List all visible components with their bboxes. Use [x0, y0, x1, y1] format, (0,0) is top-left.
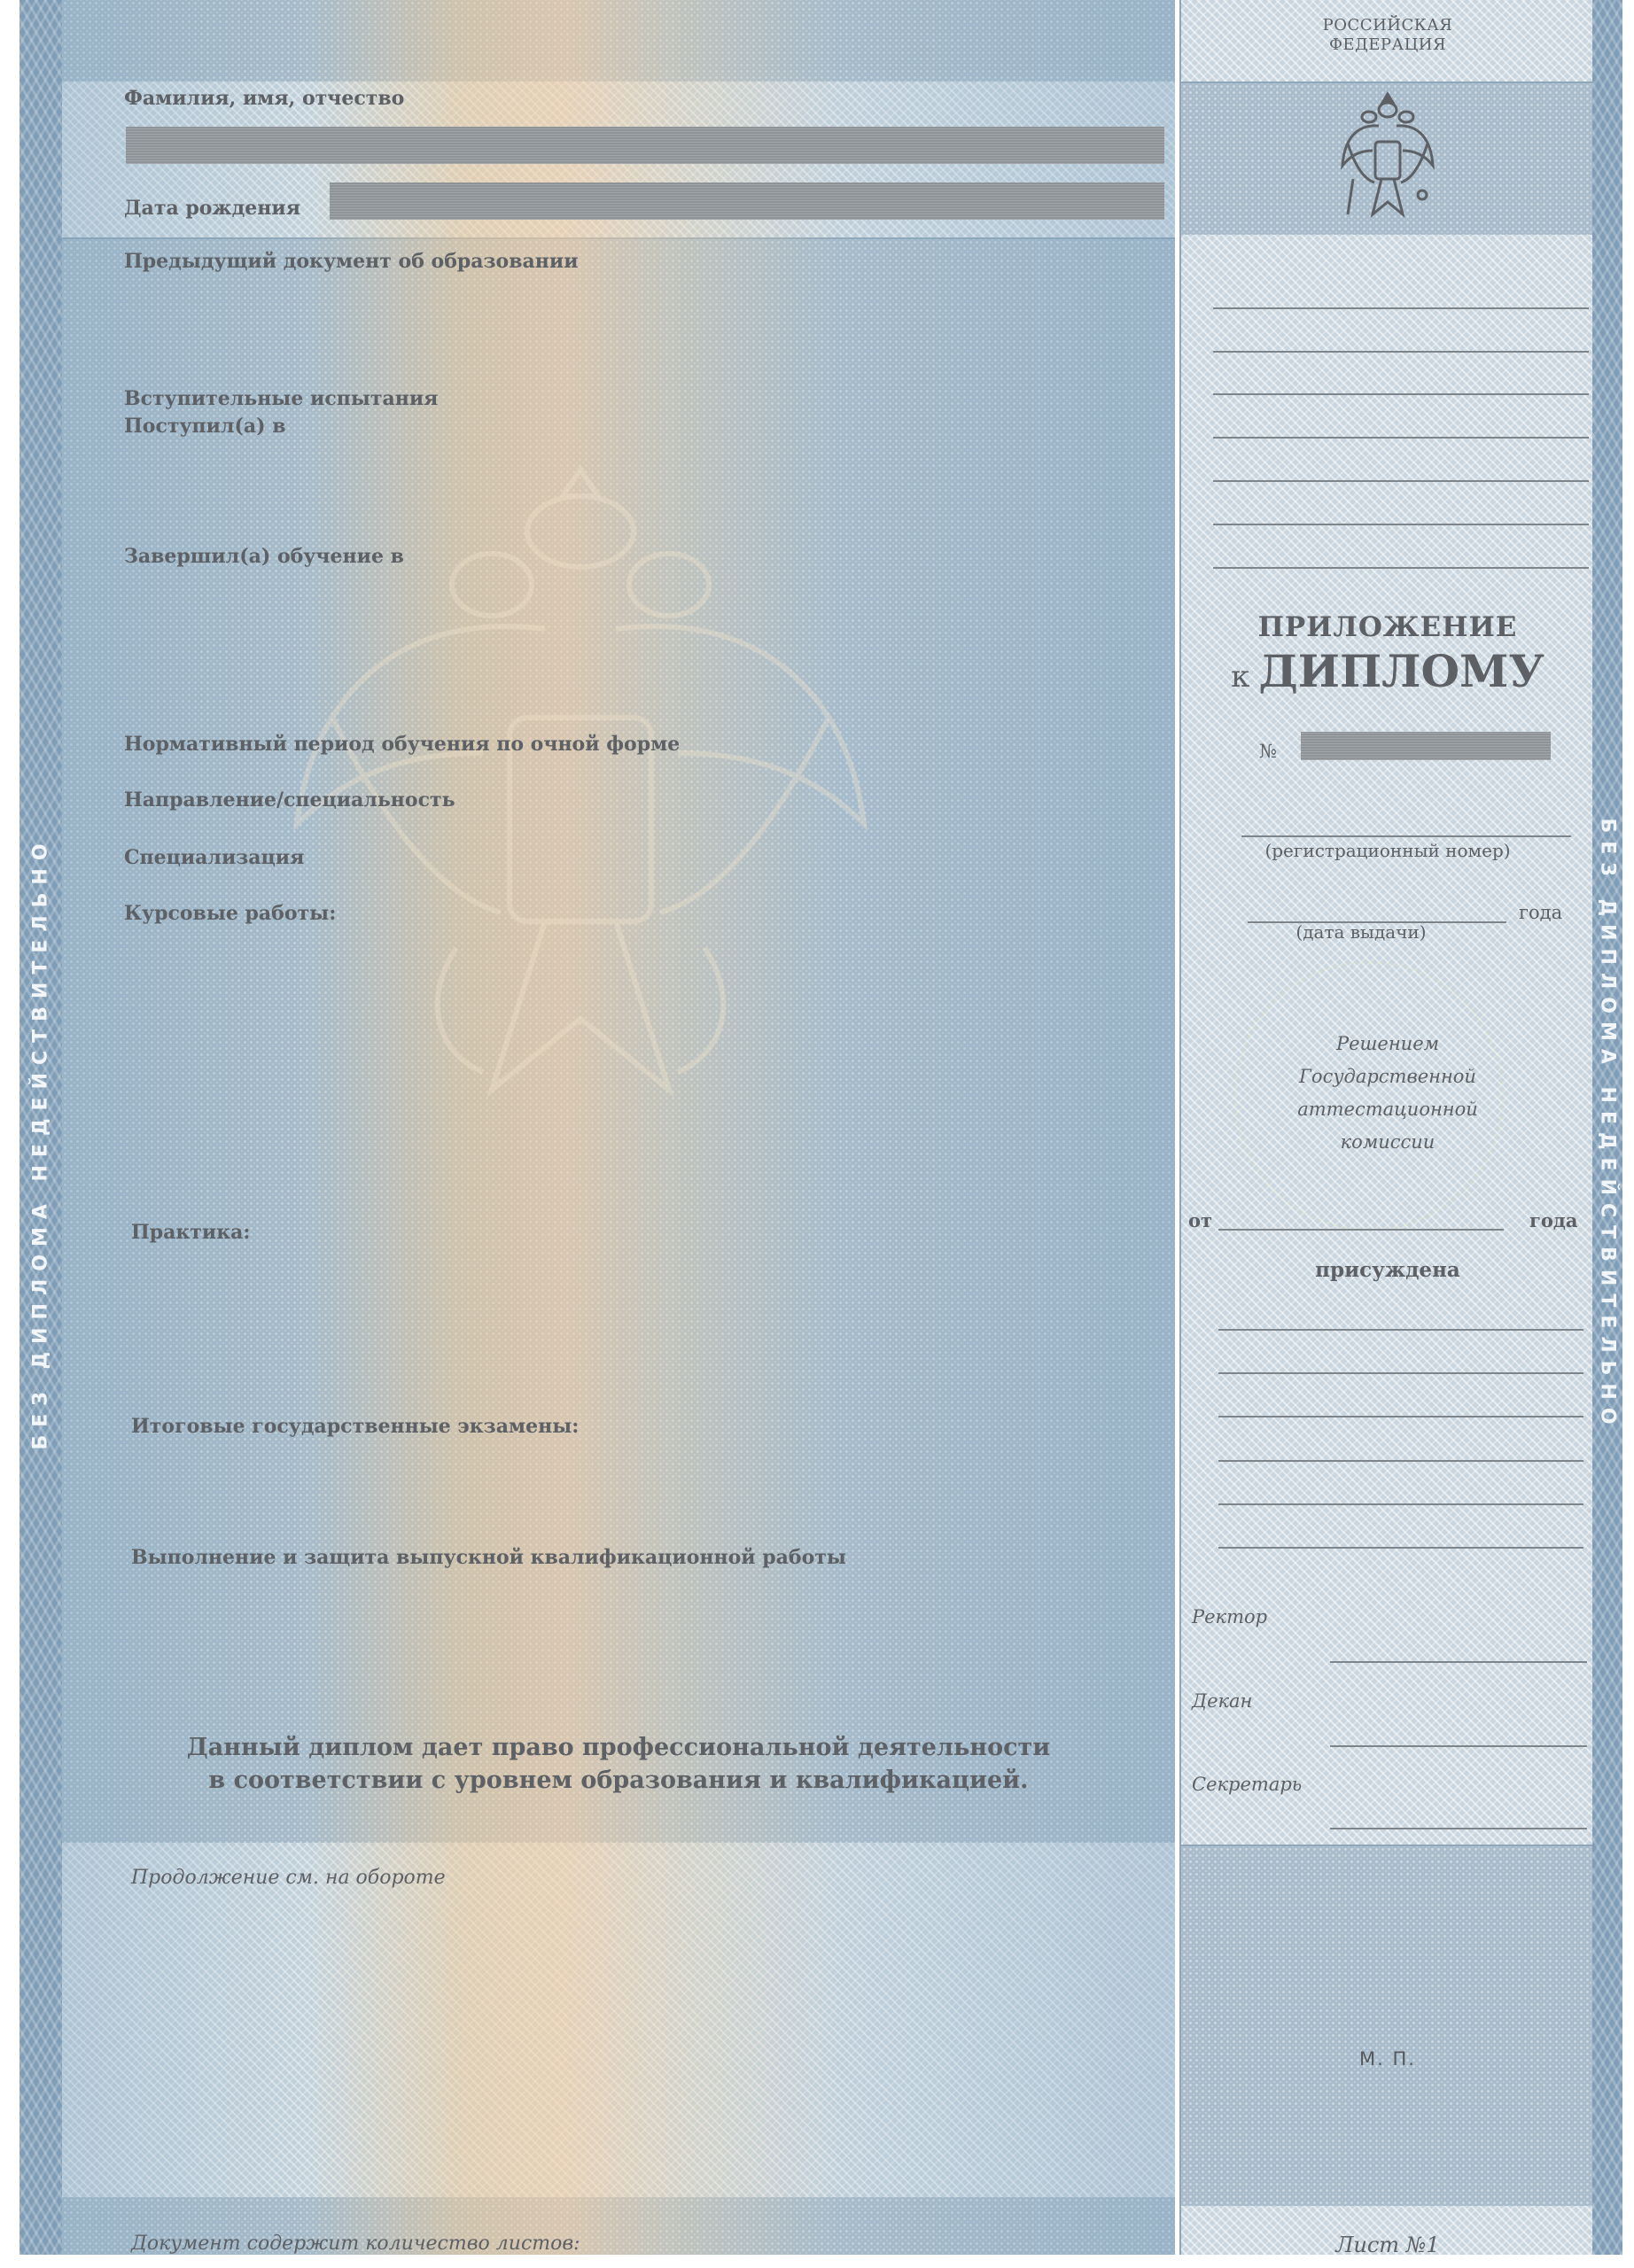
- thesis-label: Выполнение и защита выпускной квалификац…: [131, 1546, 846, 1569]
- sheet-number-label: Лист №1: [1181, 2233, 1594, 2255]
- number-sign: №: [1259, 741, 1277, 762]
- qualification-line: [1218, 1416, 1583, 1417]
- statement-line-1: Данный диплом дает право профессионально…: [62, 1732, 1175, 1764]
- title-prefix: к: [1231, 659, 1249, 695]
- full-name-redacted-field: [126, 127, 1164, 164]
- rector-signature-line: [1330, 1661, 1587, 1663]
- qualification-line: [1218, 1372, 1583, 1374]
- watermark-seal-ring: [1234, 961, 1504, 1231]
- registration-number-caption: (регистрационный номер): [1181, 840, 1594, 861]
- dean-signature-line: [1330, 1745, 1587, 1747]
- rector-label: Ректор: [1192, 1606, 1267, 1627]
- decision-line-3: аттестационной: [1181, 1099, 1594, 1120]
- sheet-count-label: Документ содержит количество листов:: [131, 2233, 580, 2255]
- decision-line-2: Государственной: [1181, 1066, 1594, 1087]
- country-line-2: ФЕДЕРАЦИЯ: [1181, 35, 1594, 55]
- continuation-band: [62, 1843, 1175, 2197]
- birth-date-label: Дата рождения: [124, 197, 300, 220]
- right-strip-text: БЕЗ ДИПЛОМА НЕДЕЙСТВИТЕЛЬНО: [1597, 818, 1619, 1432]
- diploma-supplement-sheet: БЕЗ ДИПЛОМА НЕДЕЙСТВИТЕЛЬНО: [0, 0, 1634, 2255]
- country-name: РОССИЙСКАЯ ФЕДЕРАЦИЯ: [1181, 16, 1594, 55]
- from-word: от: [1188, 1209, 1212, 1231]
- dean-label: Декан: [1192, 1690, 1252, 1712]
- qualification-line: [1218, 1503, 1583, 1505]
- direction-label: Направление/специальность: [124, 788, 455, 812]
- title-appendix: ПРИЛОЖЕНИЕ: [1181, 611, 1594, 643]
- secretary-label: Секретарь: [1192, 1774, 1302, 1795]
- blank-line: [1213, 437, 1589, 439]
- entrance-exams-label: Вступительные испытания: [124, 387, 438, 410]
- statement-line-2: в соответствии с уровнем образования и к…: [62, 1765, 1175, 1797]
- stamp-place-label: М. П.: [1181, 2048, 1594, 2070]
- birth-date-redacted-field: [330, 183, 1164, 220]
- main-panel: Фамилия, имя, отчество Дата рождения Пре…: [62, 0, 1175, 2255]
- qualification-line: [1218, 1460, 1583, 1462]
- continuation-note: Продолжение см. на обороте: [131, 1867, 446, 1889]
- blank-line: [1213, 524, 1589, 525]
- secretary-signature-line: [1330, 1828, 1587, 1829]
- right-security-strip: БЕЗ ДИПЛОМА НЕДЕЙСТВИТЕЛЬНО: [1592, 0, 1622, 2255]
- previous-document-label: Предыдущий документ об образовании: [124, 250, 579, 273]
- full-name-label: Фамилия, имя, отчество: [124, 87, 404, 110]
- decision-line-4: комиссии: [1181, 1131, 1594, 1153]
- coursework-label: Курсовые работы:: [124, 902, 336, 925]
- decision-line-1: Решением: [1181, 1033, 1594, 1054]
- main-body-band: [62, 237, 1175, 1846]
- completed-label: Завершил(а) обучение в: [124, 545, 404, 568]
- issue-date-caption: (дата выдачи): [1179, 921, 1568, 943]
- blank-line: [1213, 393, 1589, 395]
- qualification-line: [1218, 1547, 1583, 1549]
- specialization-label: Специализация: [124, 846, 304, 869]
- country-line-1: РОССИЙСКАЯ: [1181, 16, 1594, 35]
- title-diploma-word: ДИПЛОМУ: [1258, 645, 1545, 697]
- diploma-number-redacted-field: [1301, 732, 1551, 760]
- practice-label: Практика:: [131, 1221, 251, 1244]
- left-strip-text: БЕЗ ДИПЛОМА НЕДЕЙСТВИТЕЛЬНО: [30, 835, 52, 1449]
- blank-line: [1213, 480, 1589, 482]
- title-to-diploma: кДИПЛОМУ: [1181, 645, 1594, 697]
- enrolled-label: Поступил(а) в: [124, 415, 286, 438]
- issue-year-word: года: [1519, 902, 1562, 923]
- normative-period-label: Нормативный период обучения по очной фор…: [124, 733, 680, 756]
- russian-coat-of-arms-icon: [1339, 90, 1436, 223]
- side-seal-band: [1181, 1845, 1594, 2210]
- awarded-word: присуждена: [1181, 1258, 1594, 1282]
- decision-year-word: года: [1529, 1209, 1577, 1231]
- left-security-strip: БЕЗ ДИПЛОМА НЕДЕЙСТВИТЕЛЬНО: [19, 0, 62, 2255]
- main-top-band: [62, 0, 1175, 82]
- registration-number-line: [1241, 835, 1571, 837]
- decision-date-line: [1218, 1229, 1504, 1231]
- blank-line: [1213, 307, 1589, 309]
- side-panel: РОССИЙСКАЯ ФЕДЕРАЦИЯ: [1179, 0, 1594, 2255]
- blank-line: [1213, 351, 1589, 353]
- final-exams-label: Итоговые государственные экзамены:: [131, 1415, 579, 1438]
- qualification-line: [1218, 1329, 1583, 1331]
- blank-line: [1213, 567, 1589, 569]
